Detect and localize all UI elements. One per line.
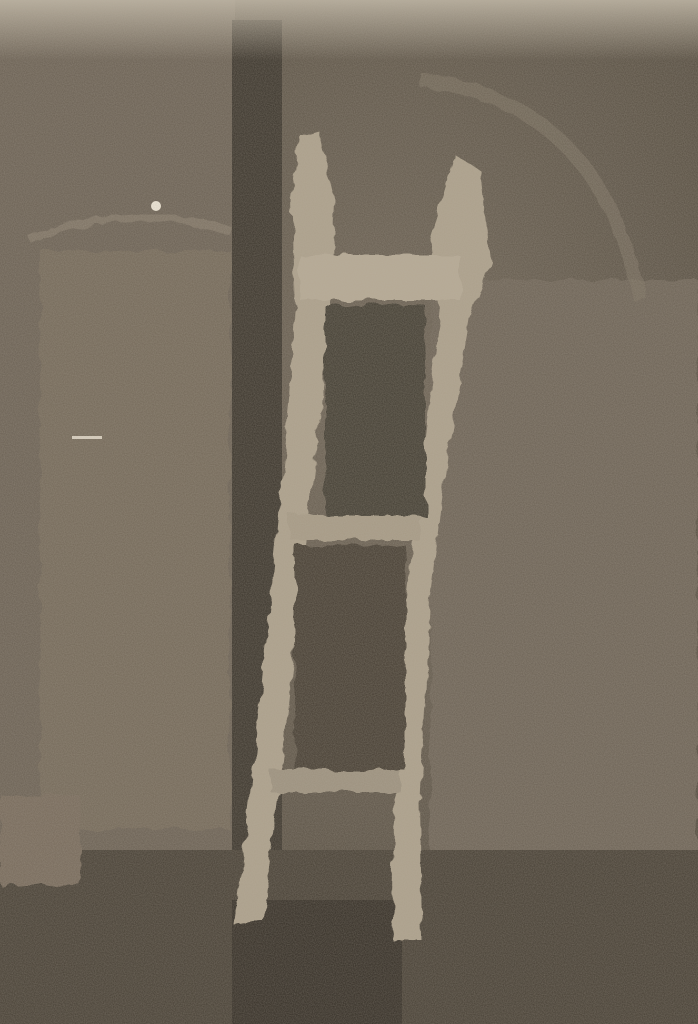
sepia-photograph (0, 0, 698, 1024)
scene-drawing (0, 0, 698, 1024)
